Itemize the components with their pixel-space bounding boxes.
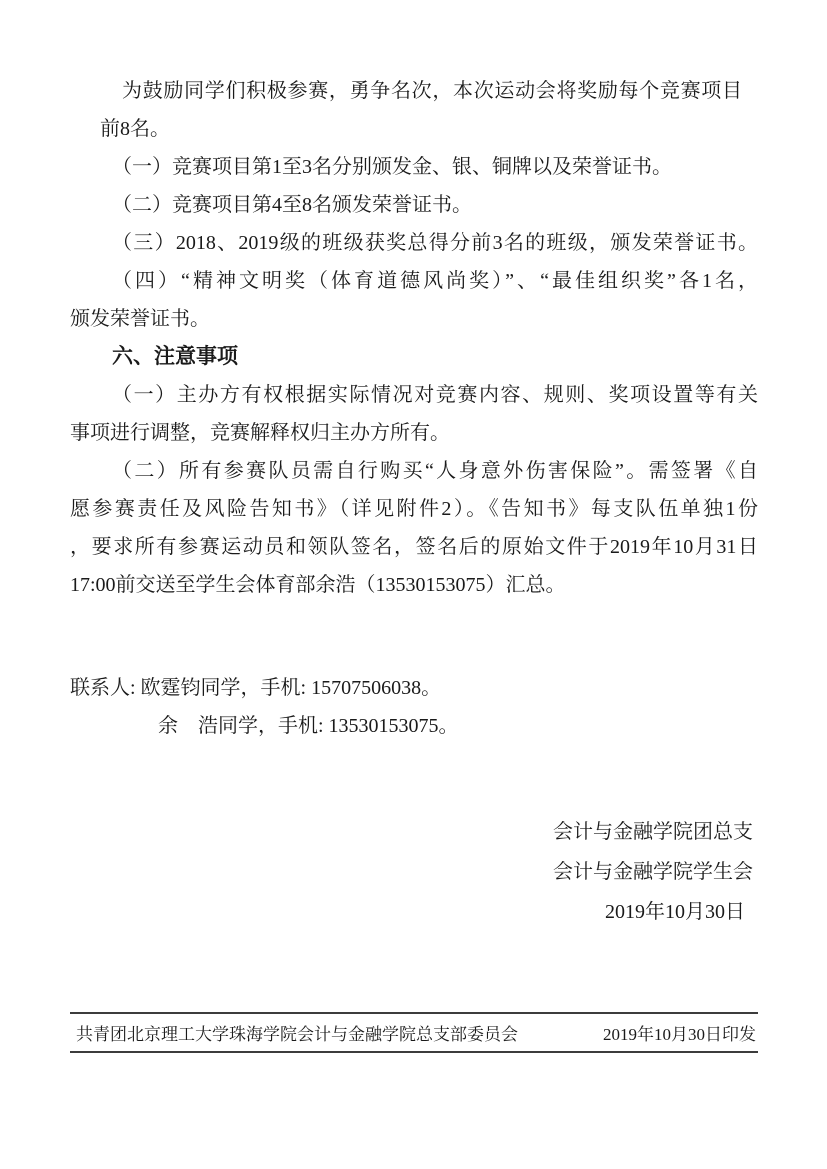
- award-item-4-line-1: （四）“精神文明奖（体育道德风尚奖）”、“最佳组织奖”各1名，: [70, 262, 758, 300]
- note-1-line-1: （一）主办方有权根据实际情况对竞赛内容、规则、奖项设置等有关: [70, 376, 758, 414]
- award-item-3: （三）2018、2019级的班级获奖总得分前3名的班级，颁发荣誉证书。: [70, 224, 758, 262]
- note-2-line-1: （二）所有参赛队员需自行购买“人身意外伤害保险”。需签署《自: [70, 452, 758, 490]
- award-item-4-line-2: 颁发荣誉证书。: [70, 300, 758, 338]
- document-body: 为鼓励同学们积极参赛，勇争名次，本次运动会将奖励每个竞赛项目 前8名。 （一）竞…: [70, 72, 758, 932]
- contact-line-2: 余 浩同学，手机: 13530153075。: [70, 707, 758, 745]
- footer-issuer: 共青团北京理工大学珠海学院会计与金融学院总支部委员会: [70, 1020, 518, 1045]
- footer-print-date: 2019年10月30日印发: [603, 1020, 758, 1045]
- award-item-1: （一）竞赛项目第1至3名分别颁发金、银、铜牌以及荣誉证书。: [70, 148, 758, 186]
- intro-line-1: 为鼓励同学们积极参赛，勇争名次，本次运动会将奖励每个竞赛项目: [100, 72, 742, 110]
- note-2-line-3: ，要求所有参赛运动员和领队签名，签名后的原始文件于2019年10月31日: [70, 528, 758, 566]
- signature-block: 会计与金融学院团总支 会计与金融学院学生会 2019年10月30日: [70, 812, 758, 932]
- signature-org-2: 会计与金融学院学生会: [70, 852, 753, 892]
- signature-date: 2019年10月30日: [70, 892, 753, 932]
- document-footer: 共青团北京理工大学珠海学院会计与金融学院总支部委员会 2019年10月30日印发: [70, 1012, 758, 1053]
- note-1-line-2: 事项进行调整，竞赛解释权归主办方所有。: [70, 414, 758, 452]
- note-2-line-4: 17:00前交送至学生会体育部余浩（13530153075）汇总。: [70, 566, 758, 604]
- contact-block: 联系人: 欧霆钧同学，手机: 15707506038。 余 浩同学，手机: 13…: [70, 669, 758, 745]
- intro-line-2: 前8名。: [100, 110, 742, 148]
- contact-line-1: 联系人: 欧霆钧同学，手机: 15707506038。: [70, 669, 758, 707]
- document-page: 为鼓励同学们积极参赛，勇争名次，本次运动会将奖励每个竞赛项目 前8名。 （一）竞…: [0, 0, 827, 1169]
- section-heading-notes: 六、注意事项: [70, 338, 758, 376]
- signature-org-1: 会计与金融学院团总支: [70, 812, 753, 852]
- award-item-2: （二）竞赛项目第4至8名颁发荣誉证书。: [70, 186, 758, 224]
- note-2-line-2: 愿参赛责任及风险告知书》（详见附件2）。《告知书》每支队伍单独1份: [70, 490, 758, 528]
